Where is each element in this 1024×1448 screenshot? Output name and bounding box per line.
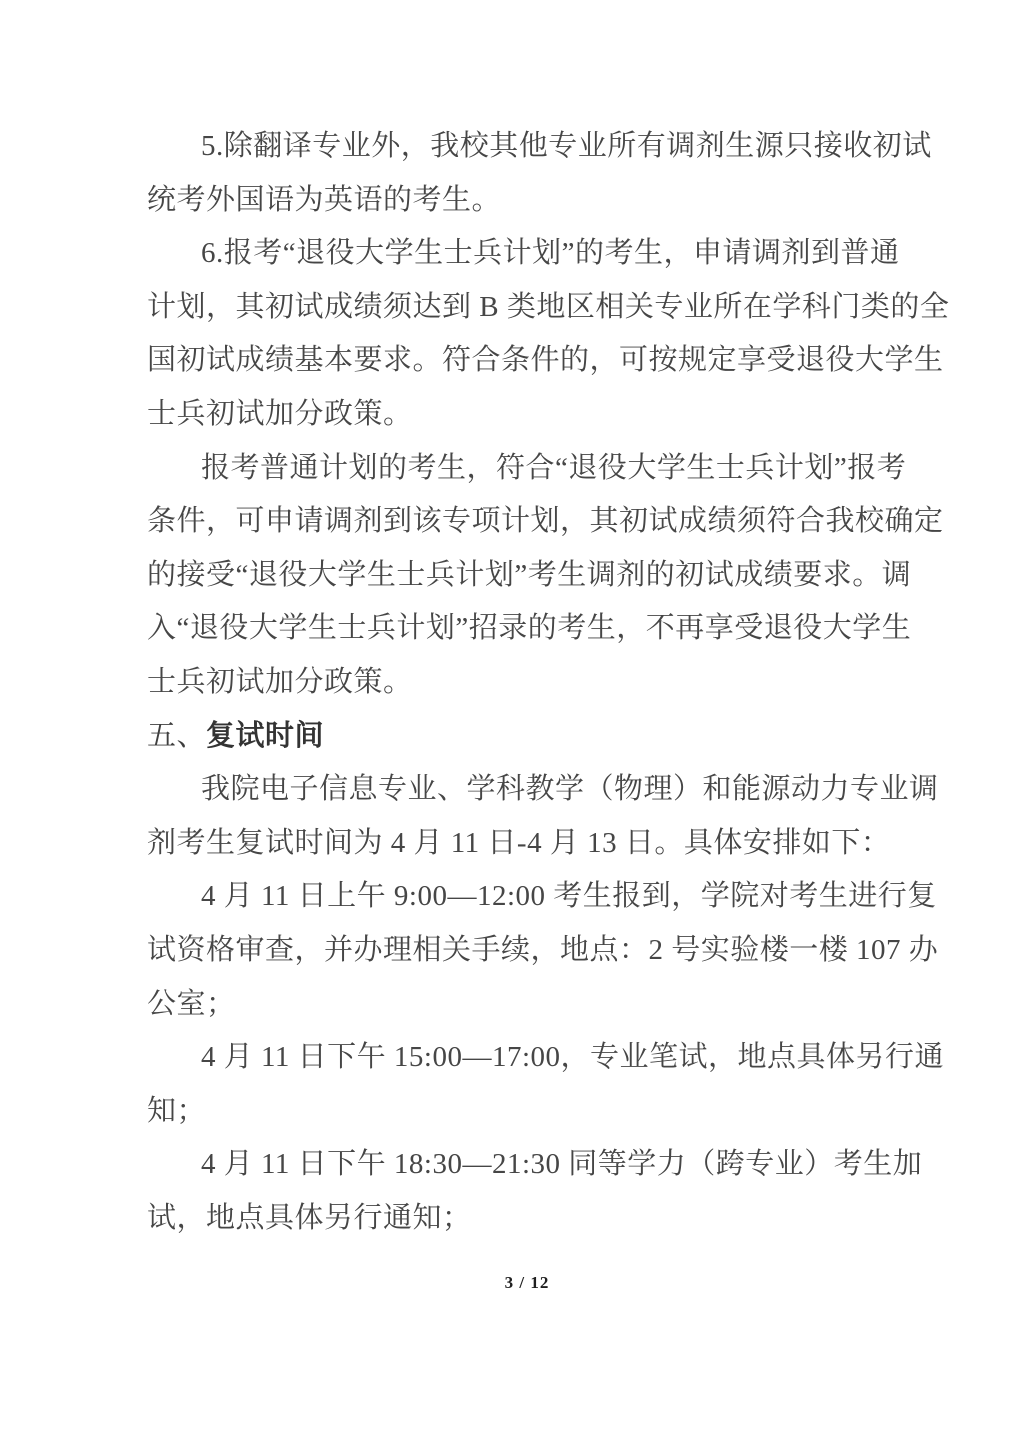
text-line: 公室； <box>147 978 907 1032</box>
text-line: 计划，其初试成绩须达到 B 类地区相关专业所在学科门类的全 <box>147 281 907 335</box>
text-line: 知； <box>147 1085 907 1139</box>
text-line: 试，地点具体另行通知； <box>147 1192 907 1246</box>
text-line: 4 月 11 日下午 18:30—21:30 同等学力（跨专业）考生加 <box>147 1138 907 1192</box>
text-line: 试资格审查，并办理相关手续，地点：2 号实验楼一楼 107 办 <box>147 924 907 978</box>
text-line: 士兵初试加分政策。 <box>147 656 907 710</box>
text-line: 的接受“退役大学生士兵计划”考生调剂的初试成绩要求。调 <box>147 549 907 603</box>
text-line: 剂考生复试时间为 4 月 11 日-4 月 13 日。具体安排如下： <box>147 817 907 871</box>
text-line: 6.报考“退役大学生士兵计划”的考生，申请调剂到普通 <box>147 227 907 281</box>
text-line: 入“退役大学生士兵计划”招录的考生，不再享受退役大学生 <box>147 602 907 656</box>
text-line: 统考外国语为英语的考生。 <box>147 174 907 228</box>
text-line: 报考普通计划的考生，符合“退役大学生士兵计划”报考 <box>147 442 907 496</box>
document-page: 5.除翻译专业外，我校其他专业所有调剂生源只接收初试 统考外国语为英语的考生。 … <box>0 0 1024 1448</box>
section-number: 五、 <box>147 720 206 752</box>
text-line: 5.除翻译专业外，我校其他专业所有调剂生源只接收初试 <box>147 120 907 174</box>
text-line: 条件，可申请调剂到该专项计划，其初试成绩须符合我校确定 <box>147 495 907 549</box>
section-heading: 五、复试时间 <box>147 710 907 764</box>
document-body: 5.除翻译专业外，我校其他专业所有调剂生源只接收初试 统考外国语为英语的考生。 … <box>147 120 907 1245</box>
section-title: 复试时间 <box>206 720 324 752</box>
text-line: 4 月 11 日上午 9:00—12:00 考生报到，学院对考生进行复 <box>147 870 907 924</box>
text-line: 4 月 11 日下午 15:00—17:00，专业笔试，地点具体另行通 <box>147 1031 907 1085</box>
text-line: 我院电子信息专业、学科教学（物理）和能源动力专业调 <box>147 763 907 817</box>
text-line: 国初试成绩基本要求。符合条件的，可按规定享受退役大学生 <box>147 334 907 388</box>
text-line: 士兵初试加分政策。 <box>147 388 907 442</box>
page-number: 3 / 12 <box>147 1268 907 1298</box>
